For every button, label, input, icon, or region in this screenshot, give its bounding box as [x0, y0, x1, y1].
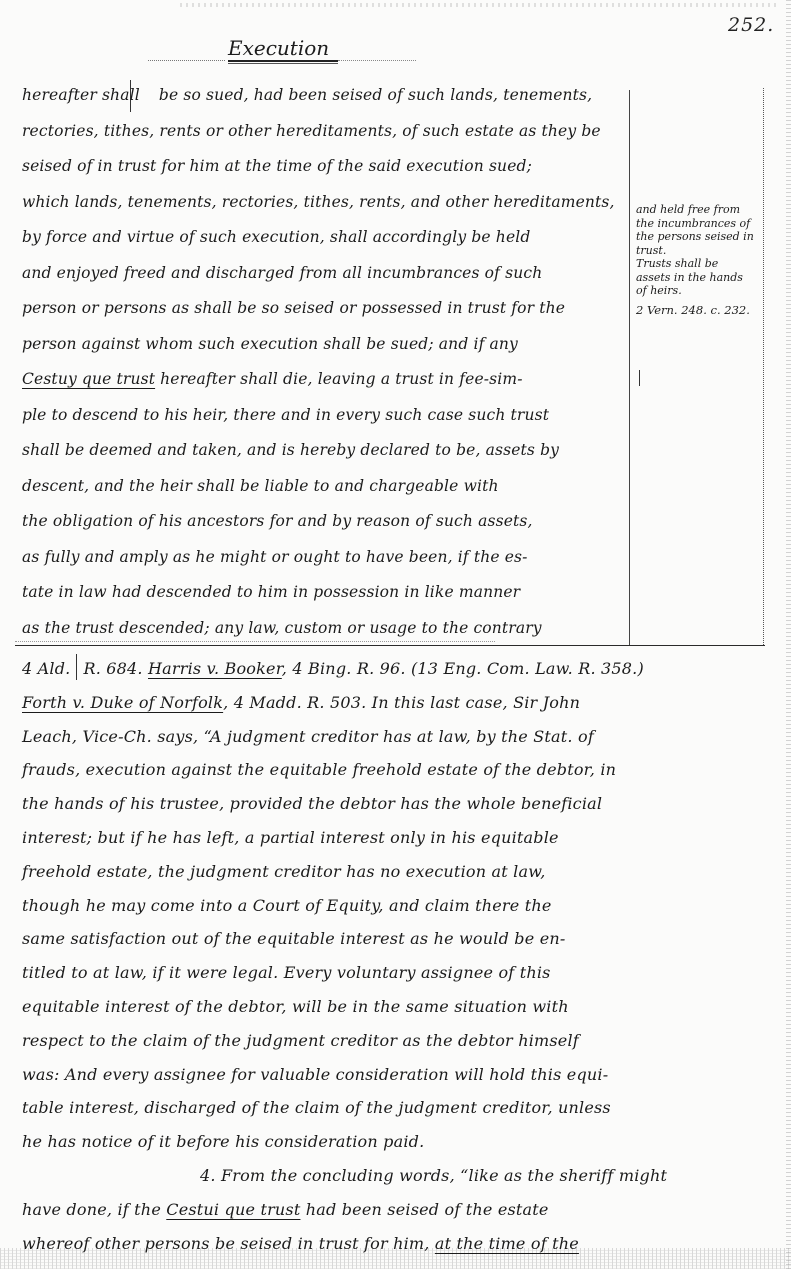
text-line: which lands, tenements, rectories, tithe…: [22, 185, 627, 221]
section-divider: [15, 645, 765, 646]
text-line: interest; but if he has left, a partial …: [22, 821, 772, 855]
text-line: whereof other persons be seised in trust…: [22, 1227, 772, 1261]
text-line: Forth v. Duke of Norfolk, 4 Madd. R. 503…: [22, 686, 772, 720]
text-line: as fully and amply as he might or ought …: [22, 540, 627, 576]
title-rule: [148, 60, 225, 61]
text-line: shall be deemed and taken, and is hereby…: [22, 433, 627, 469]
text-line: equitable interest of the debtor, will b…: [22, 990, 772, 1024]
text-line: frauds, execution against the equitable …: [22, 753, 772, 787]
section-divider-dotted: [15, 641, 495, 642]
text-line: same satisfaction out of the equitable i…: [22, 922, 772, 956]
text-line: person or persons as shall be so seised …: [22, 291, 627, 327]
scan-noise-top: [180, 3, 780, 7]
margin-note-line: Trusts shall be: [636, 257, 762, 271]
text-line: Cestuy que trust hereafter shall die, le…: [22, 362, 627, 398]
case-name: Forth v. Duke of Norfolk: [22, 693, 223, 712]
upper-text-column: hereafter shall be so sued, had been sei…: [22, 78, 627, 646]
text-line: tate in law had descended to him in poss…: [22, 575, 627, 611]
text-line: the obligation of his ancestors for and …: [22, 504, 627, 540]
text-line: titled to at law, if it were legal. Ever…: [22, 956, 772, 990]
text-line: person against whom such execution shall…: [22, 327, 627, 363]
page-number: 252.: [728, 14, 774, 36]
insertion-mark: [76, 654, 77, 680]
text-line: freehold estate, the judgment creditor h…: [22, 855, 772, 889]
margin-note-line: and held free from: [636, 203, 762, 217]
paragraph-start-line: 4. From the concluding words, “like as t…: [22, 1159, 772, 1193]
title-underline: [228, 63, 338, 64]
margin-tick-mark: [639, 370, 640, 386]
text-line: table interest, discharged of the claim …: [22, 1091, 772, 1125]
page-edge: [786, 0, 791, 1269]
case-name: Harris v. Booker: [148, 659, 282, 678]
text-line: though he may come into a Court of Equit…: [22, 889, 772, 923]
title-underline: [228, 60, 338, 62]
underlined-term: Cestui que trust: [166, 1200, 300, 1219]
text-line: and enjoyed freed and discharged from al…: [22, 256, 627, 292]
text-line: hereafter shall be so sued, had been sei…: [22, 78, 627, 114]
margin-note-line: trust.: [636, 244, 762, 258]
text-line: rectories, tithes, rents or other heredi…: [22, 114, 627, 150]
title-rule: [338, 60, 416, 61]
margin-note-line: the persons seised in: [636, 230, 762, 244]
text-line: was: And every assignee for valuable con…: [22, 1058, 772, 1092]
margin-notes: and held free from the incumbrances of t…: [636, 203, 762, 317]
text-line: seised of in trust for him at the time o…: [22, 149, 627, 185]
main-column-rule: [629, 90, 630, 645]
margin-note-line: the incumbrances of: [636, 217, 762, 231]
text-line: ple to descend to his heir, there and in…: [22, 398, 627, 434]
text-line: have done, if the Cestui que trust had b…: [22, 1193, 772, 1227]
lower-text-block: 4 Ald.R. 684. Harris v. Booker, 4 Bing. …: [22, 652, 772, 1260]
underlined-phrase: at the time of the: [435, 1234, 579, 1253]
text-line: by force and virtue of such execution, s…: [22, 220, 627, 256]
text-line: he has notice of it before his considera…: [22, 1125, 772, 1159]
page-title: Execution: [228, 36, 329, 60]
text-line: 4 Ald.R. 684. Harris v. Booker, 4 Bing. …: [22, 652, 772, 686]
manuscript-page: 252. Execution hereafter shall be so sue…: [0, 0, 791, 1269]
margin-note-line: of heirs.: [636, 284, 762, 298]
text-line: Leach, Vice-Ch. says, “A judgment credit…: [22, 720, 772, 754]
margin-note-line: assets in the hands: [636, 271, 762, 285]
text-line: the hands of his trustee, provided the d…: [22, 787, 772, 821]
margin-column-rule: [763, 88, 764, 645]
text-line: respect to the claim of the judgment cre…: [22, 1024, 772, 1058]
text-line: descent, and the heir shall be liable to…: [22, 469, 627, 505]
margin-note-reference: 2 Vern. 248. c. 232.: [636, 304, 762, 318]
underlined-term: Cestuy que trust: [22, 370, 155, 388]
